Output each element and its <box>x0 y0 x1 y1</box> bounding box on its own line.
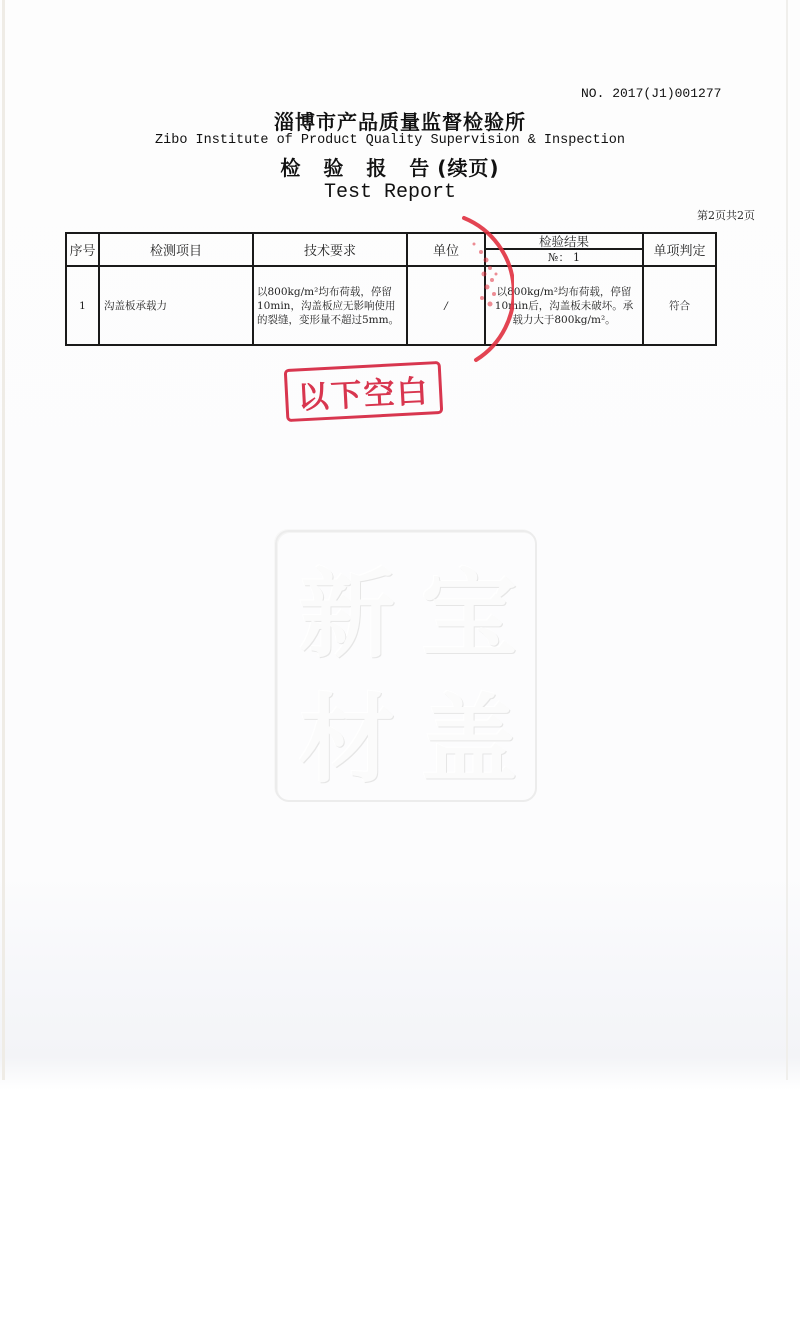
blank-below-stamp: 以下空白 <box>284 361 444 422</box>
page-indicator: 第2页共2页 <box>697 207 755 223</box>
report-title-en: Test Report <box>0 181 780 204</box>
official-seal-icon <box>386 214 514 364</box>
institute-name-en: Zibo Institute of Product Quality Superv… <box>0 133 780 148</box>
watermark-char: 宝 <box>409 547 529 667</box>
report-number: NO. 2017(J1)001277 <box>581 86 721 101</box>
header-item: 检测项目 <box>100 234 252 265</box>
scan-edge <box>786 0 788 1080</box>
watermark-char: 盖 <box>409 672 529 792</box>
header-seq: 序号 <box>67 234 98 265</box>
header-requirement: 技术要求 <box>254 234 406 265</box>
watermark-char: 材 <box>287 672 407 792</box>
watermark-char: 新 <box>287 547 407 667</box>
report-title-cn-main: 检 验 报 告 <box>280 156 437 180</box>
institute-name-cn: 淄博市产品质量监督检验所 <box>0 106 800 135</box>
report-title-cn: 检 验 报 告(续页) <box>0 152 780 181</box>
report-title-cn-suffix: (续页) <box>437 156 499 180</box>
embossed-watermark-seal: 新 宝 材 盖 <box>275 530 537 802</box>
row-item: 沟盖板承载力 <box>100 267 252 344</box>
row-seq: 1 <box>67 267 98 344</box>
row-judgement: 符合 <box>644 267 715 344</box>
header-judgement: 单项判定 <box>644 234 715 265</box>
row-requirement: 以800kg/m²均布荷载，停留10min，沟盖板应无影响使用的裂缝，变形量不超… <box>254 267 406 344</box>
